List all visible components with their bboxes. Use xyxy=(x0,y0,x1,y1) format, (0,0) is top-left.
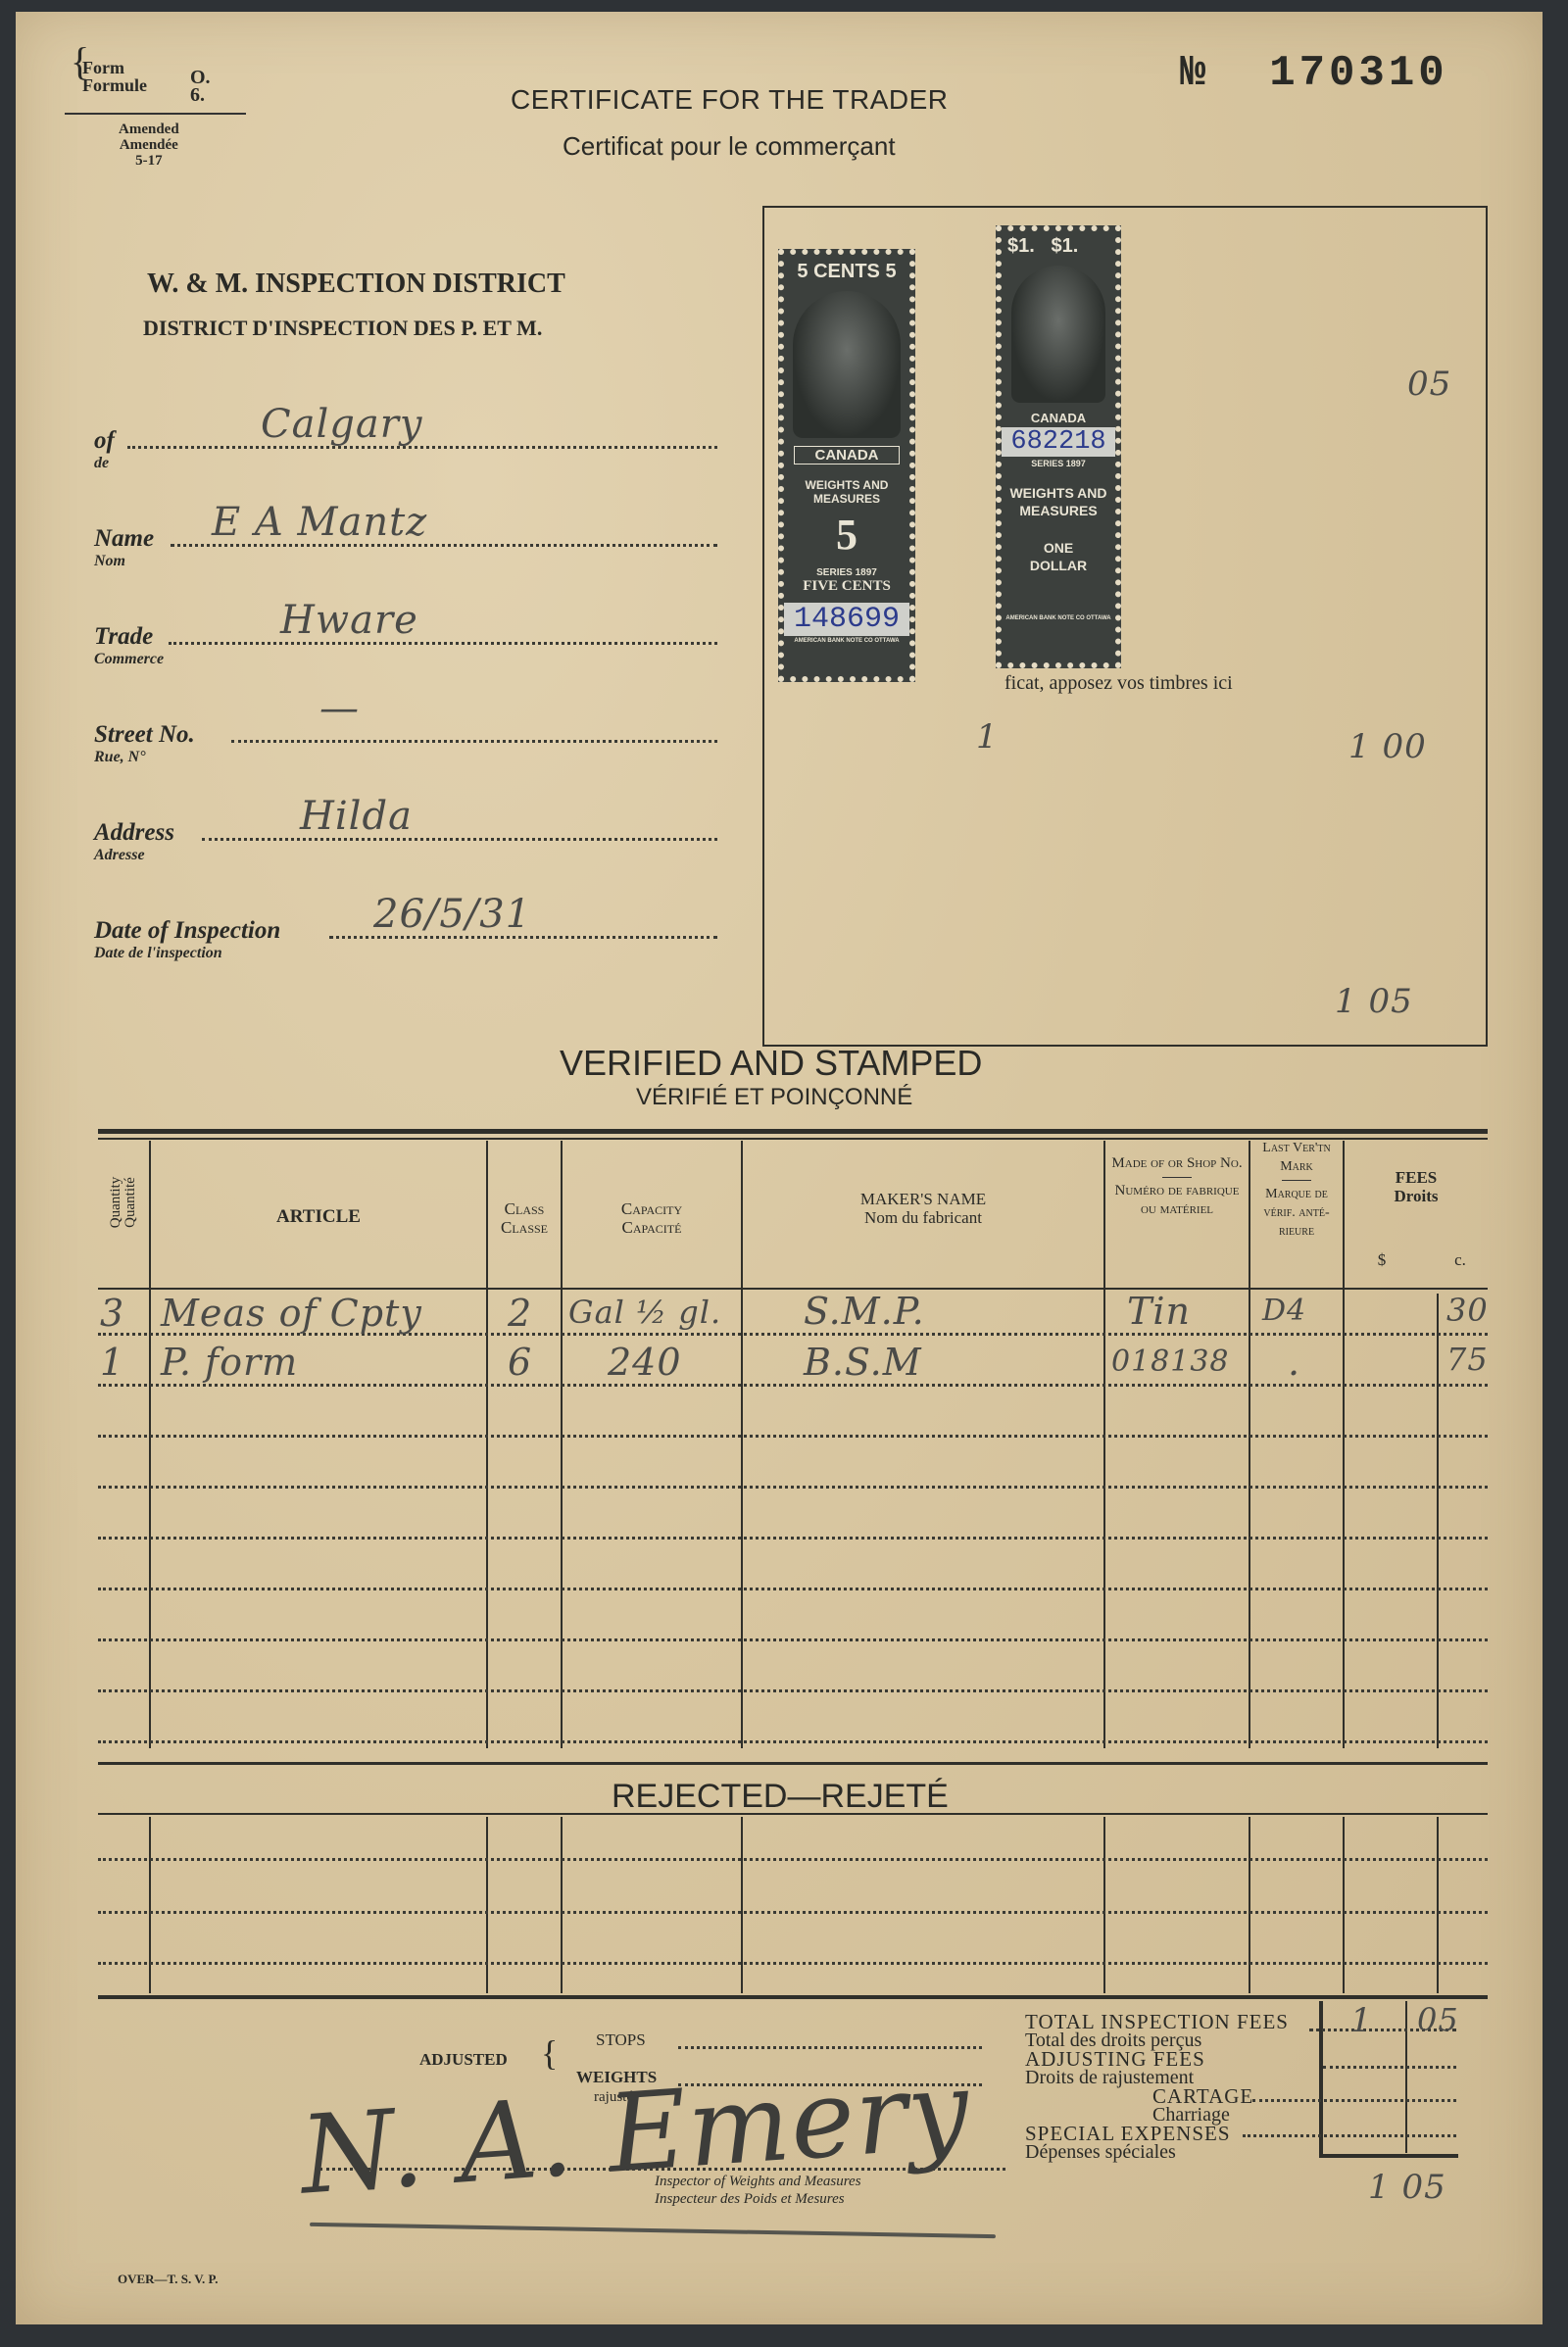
header-en: Made of or Shop No. xyxy=(1105,1154,1249,1173)
stamp-one-dollar: $1. $1. CANADA 682218 SERIES 1897 WEIGHT… xyxy=(996,225,1121,668)
header-article: ARTICLE xyxy=(151,1207,486,1226)
stops-label: STOPS xyxy=(596,2030,646,2049)
field-label: Address xyxy=(94,819,174,847)
field-label: Name xyxy=(94,525,154,553)
field-name[interactable]: Name Nom E A Mantz xyxy=(94,492,717,570)
field-trade[interactable]: Trade Commerce Hware xyxy=(94,590,717,668)
col-divider xyxy=(1249,1817,1250,1993)
field-address[interactable]: Address Adresse Hilda xyxy=(94,786,717,864)
stamp-top-text: $1. $1. xyxy=(1002,235,1115,258)
amount-first: 05 xyxy=(1407,365,1451,404)
field-sublabel: de xyxy=(94,455,109,472)
certificate-document: { Form Formule O. 6. Amended Amendée 5-1… xyxy=(16,12,1543,2324)
total-fees-cents: 05 xyxy=(1417,2001,1459,2038)
amount-second-dollars: 1 xyxy=(976,717,999,757)
row-line xyxy=(98,1588,1488,1590)
field-value: Hilda xyxy=(300,794,413,839)
field-sublabel: Commerce xyxy=(94,651,164,668)
totals-box-divider xyxy=(1405,2001,1407,2153)
cell-capacity: 240 xyxy=(608,1341,682,1384)
header-en: MAKER'S NAME xyxy=(743,1190,1103,1208)
cell-qty: 1 xyxy=(100,1341,124,1384)
header-en: Quantity xyxy=(109,1163,123,1242)
row-line xyxy=(98,1638,1488,1641)
signature-flourish xyxy=(310,2223,996,2238)
cell-class: 6 xyxy=(508,1341,532,1384)
rejected-title: REJECTED—REJETÉ xyxy=(612,1778,949,1816)
field-value: 26/5/31 xyxy=(373,892,531,937)
form-number: O. 6. xyxy=(190,69,211,104)
row-line xyxy=(98,1740,1488,1743)
field-value: E A Mantz xyxy=(212,500,427,545)
stamp-legend: WEIGHTS AND MEASURES xyxy=(792,478,902,506)
header-made-of: Made of or Shop No. Numéro de fabrique o… xyxy=(1105,1154,1249,1219)
col-divider xyxy=(1103,1817,1105,1993)
form-label-en: Form xyxy=(82,59,147,76)
field-sublabel: Date de l'inspection xyxy=(94,945,222,962)
amount-total: 1 05 xyxy=(1335,982,1413,1021)
col-divider xyxy=(1103,1141,1105,1748)
cell-maker: B.S.M xyxy=(804,1341,922,1384)
field-value: — xyxy=(319,686,360,731)
field-date-of-inspection[interactable]: Date of Inspection Date de l'inspection … xyxy=(94,884,717,962)
header-en: Last Ver'tn Mark xyxy=(1250,1139,1343,1176)
rejected-row-line xyxy=(98,1962,1488,1965)
field-sublabel: Nom xyxy=(94,553,125,570)
rejected-header-rule xyxy=(98,1813,1488,1815)
header-en: FEES xyxy=(1345,1168,1488,1187)
total-fees-dollars: 1 xyxy=(1350,2001,1373,2040)
cell-made-of: Tin xyxy=(1127,1290,1191,1333)
rejected-top-rule xyxy=(98,1762,1488,1765)
field-value: Hware xyxy=(280,598,418,643)
field-district-of[interactable]: of de Calgary xyxy=(94,394,717,472)
header-makers-name: MAKER'S NAME Nom du fabricant xyxy=(743,1190,1103,1227)
dotted-line xyxy=(169,642,717,645)
certificate-number: № 170310 xyxy=(1180,49,1448,98)
stamp-series: SERIES 1897 xyxy=(784,567,909,578)
cell-article: Meas of Cpty xyxy=(161,1292,422,1335)
cell-qty: 3 xyxy=(100,1292,124,1335)
adjusted-label: ADJUSTED xyxy=(419,2050,508,2070)
special-expenses-fr: Dépenses spéciales xyxy=(1025,2143,1289,2162)
col-divider xyxy=(741,1141,743,1748)
queen-victoria-portrait-icon xyxy=(793,291,901,438)
header-divider xyxy=(1162,1177,1192,1178)
header-fees-cents: c. xyxy=(1450,1250,1470,1269)
col-divider xyxy=(1343,1141,1345,1748)
header-fr: Numéro de fabrique ou matériel xyxy=(1105,1182,1249,1219)
header-fr: Quantité xyxy=(123,1163,138,1242)
stamp-top-text: 5 CENTS 5 xyxy=(784,261,909,283)
cell-cents: 75 xyxy=(1446,1341,1489,1378)
cell-maker: S.M.P. xyxy=(804,1290,925,1333)
stamp-value-text: FIVE CENTS xyxy=(784,578,909,595)
col-divider-cents xyxy=(1437,1294,1439,1748)
affix-stamps-instruction: ficat, apposez vos timbres ici xyxy=(1004,672,1233,695)
header-divider xyxy=(1282,1180,1311,1181)
stamp-serial-number: 682218 xyxy=(1002,427,1115,457)
form-identifier: { Form Formule O. 6. xyxy=(82,59,147,94)
stamp-five-cents: 5 CENTS 5 CANADA WEIGHTS AND MEASURES 5 … xyxy=(778,249,915,682)
field-value: Calgary xyxy=(261,402,422,447)
queen-victoria-portrait-icon xyxy=(1011,266,1105,403)
cell-last-mark: D4 xyxy=(1262,1294,1306,1328)
rejected-row-line xyxy=(98,1858,1488,1861)
header-fees-dollars: $ xyxy=(1372,1250,1392,1269)
stamp-value-numeral: 5 xyxy=(784,510,909,560)
district-title-fr: DISTRICT D'INSPECTION DES P. ET M. xyxy=(143,316,542,341)
col-divider xyxy=(149,1817,151,1993)
field-street-no[interactable]: Street No. Rue, N° — xyxy=(94,688,717,766)
field-label: of xyxy=(94,427,115,455)
stamp-printer: AMERICAN BANK NOTE CO OTTAWA xyxy=(784,638,909,644)
amended-fr: Amendée xyxy=(119,137,179,153)
grand-total: 1 05 xyxy=(1368,2168,1446,2207)
row-line xyxy=(98,1486,1488,1489)
header-fr: Capacité xyxy=(563,1218,741,1237)
col-divider xyxy=(741,1817,743,1993)
stamp-series: SERIES 1897 xyxy=(1002,459,1115,468)
row-line xyxy=(98,1689,1488,1692)
header-class: Class Classe xyxy=(488,1199,561,1237)
over-note: OVER—T. S. V. P. xyxy=(118,2272,218,2287)
field-sublabel: Adresse xyxy=(94,847,145,864)
header-en: Capacity xyxy=(563,1199,741,1218)
header-underline xyxy=(98,1288,1488,1290)
cell-capacity: Gal ½ gl. xyxy=(568,1294,721,1331)
header-fr: Marque de vérif. anté-rieure xyxy=(1250,1185,1343,1241)
header-fr: Droits xyxy=(1345,1187,1488,1205)
stamp-country: CANADA xyxy=(794,446,900,465)
row-line xyxy=(98,1537,1488,1540)
header-last-mark: Last Ver'tn Mark Marque de vérif. anté-r… xyxy=(1250,1139,1343,1241)
title-fr: Certificat pour le commerçant xyxy=(563,131,896,162)
stamp-serial-number: 148699 xyxy=(784,603,909,636)
form-rule-divider xyxy=(65,113,246,115)
district-title-en: W. & M. INSPECTION DISTRICT xyxy=(147,269,565,300)
number-label: № xyxy=(1180,49,1209,98)
brace-glyph: { xyxy=(541,2032,558,2074)
stamp-country: CANADA xyxy=(1002,411,1115,425)
table-top-rule xyxy=(98,1129,1488,1134)
header-capacity: Capacity Capacité xyxy=(563,1199,741,1237)
special-expenses-line xyxy=(1243,2134,1456,2137)
field-label: Trade xyxy=(94,623,153,651)
header-en: Class xyxy=(488,1199,561,1218)
col-divider xyxy=(1437,1817,1439,1993)
cell-article: P. form xyxy=(161,1341,298,1384)
col-divider xyxy=(149,1141,151,1748)
col-divider xyxy=(561,1817,563,1993)
totals-block: TOTAL INSPECTION FEES Total des droits p… xyxy=(1025,2013,1289,2162)
cartage-line xyxy=(1252,2099,1456,2102)
verified-title-fr: VÉRIFIÉ ET POINÇONNÉ xyxy=(636,1084,912,1111)
amended-note: Amended Amendée 5-17 xyxy=(119,122,179,169)
dotted-line xyxy=(202,838,717,841)
amended-en: Amended xyxy=(119,122,179,137)
field-label: Date of Inspection xyxy=(94,917,280,945)
field-sublabel: Rue, N° xyxy=(94,749,146,766)
stamp-legend: WEIGHTS AND MEASURES xyxy=(1007,484,1109,519)
header-fees: FEES Droits xyxy=(1345,1168,1488,1205)
rejected-row-line xyxy=(98,1911,1488,1914)
col-divider xyxy=(1343,1817,1345,1993)
amount-second: 1 00 xyxy=(1348,727,1427,766)
row-line xyxy=(98,1435,1488,1438)
inspector-title-fr: Inspecteur des Poids et Mesures xyxy=(655,2191,845,2208)
stamp-printer: AMERICAN BANK NOTE CO OTTAWA xyxy=(1002,615,1115,621)
header-quantity: Quantity Quantité xyxy=(109,1163,138,1242)
adjusting-fees-line xyxy=(1323,2066,1456,2069)
form-label-fr: Formule xyxy=(82,76,147,94)
cell-cents: 30 xyxy=(1446,1292,1489,1329)
inspector-signature: N. A. Emery xyxy=(296,2046,973,2218)
verified-title-en: VERIFIED AND STAMPED xyxy=(560,1043,982,1084)
brace-glyph: { xyxy=(71,53,89,71)
totals-box-bottom xyxy=(1319,2154,1458,2158)
amended-date: 5-17 xyxy=(119,153,179,169)
cell-class: 2 xyxy=(508,1292,532,1335)
totals-box-left xyxy=(1319,2001,1323,2156)
row-line xyxy=(98,1384,1488,1387)
rejected-bottom-rule xyxy=(98,1995,1488,1999)
cell-last-mark: . xyxy=(1288,1341,1300,1384)
number-value: 170310 xyxy=(1269,49,1447,98)
header-fr: Nom du fabricant xyxy=(743,1208,1103,1227)
col-divider xyxy=(486,1817,488,1993)
cell-made-of: 018138 xyxy=(1111,1345,1230,1379)
dotted-line xyxy=(231,740,717,743)
adjusted-stops-line[interactable]: STOPS xyxy=(596,2030,988,2050)
field-label: Street No. xyxy=(94,721,195,749)
header-fr: Classe xyxy=(488,1218,561,1237)
title-en: CERTIFICATE FOR THE TRADER xyxy=(511,84,949,116)
stamp-value-text: ONE DOLLAR xyxy=(1015,539,1102,574)
